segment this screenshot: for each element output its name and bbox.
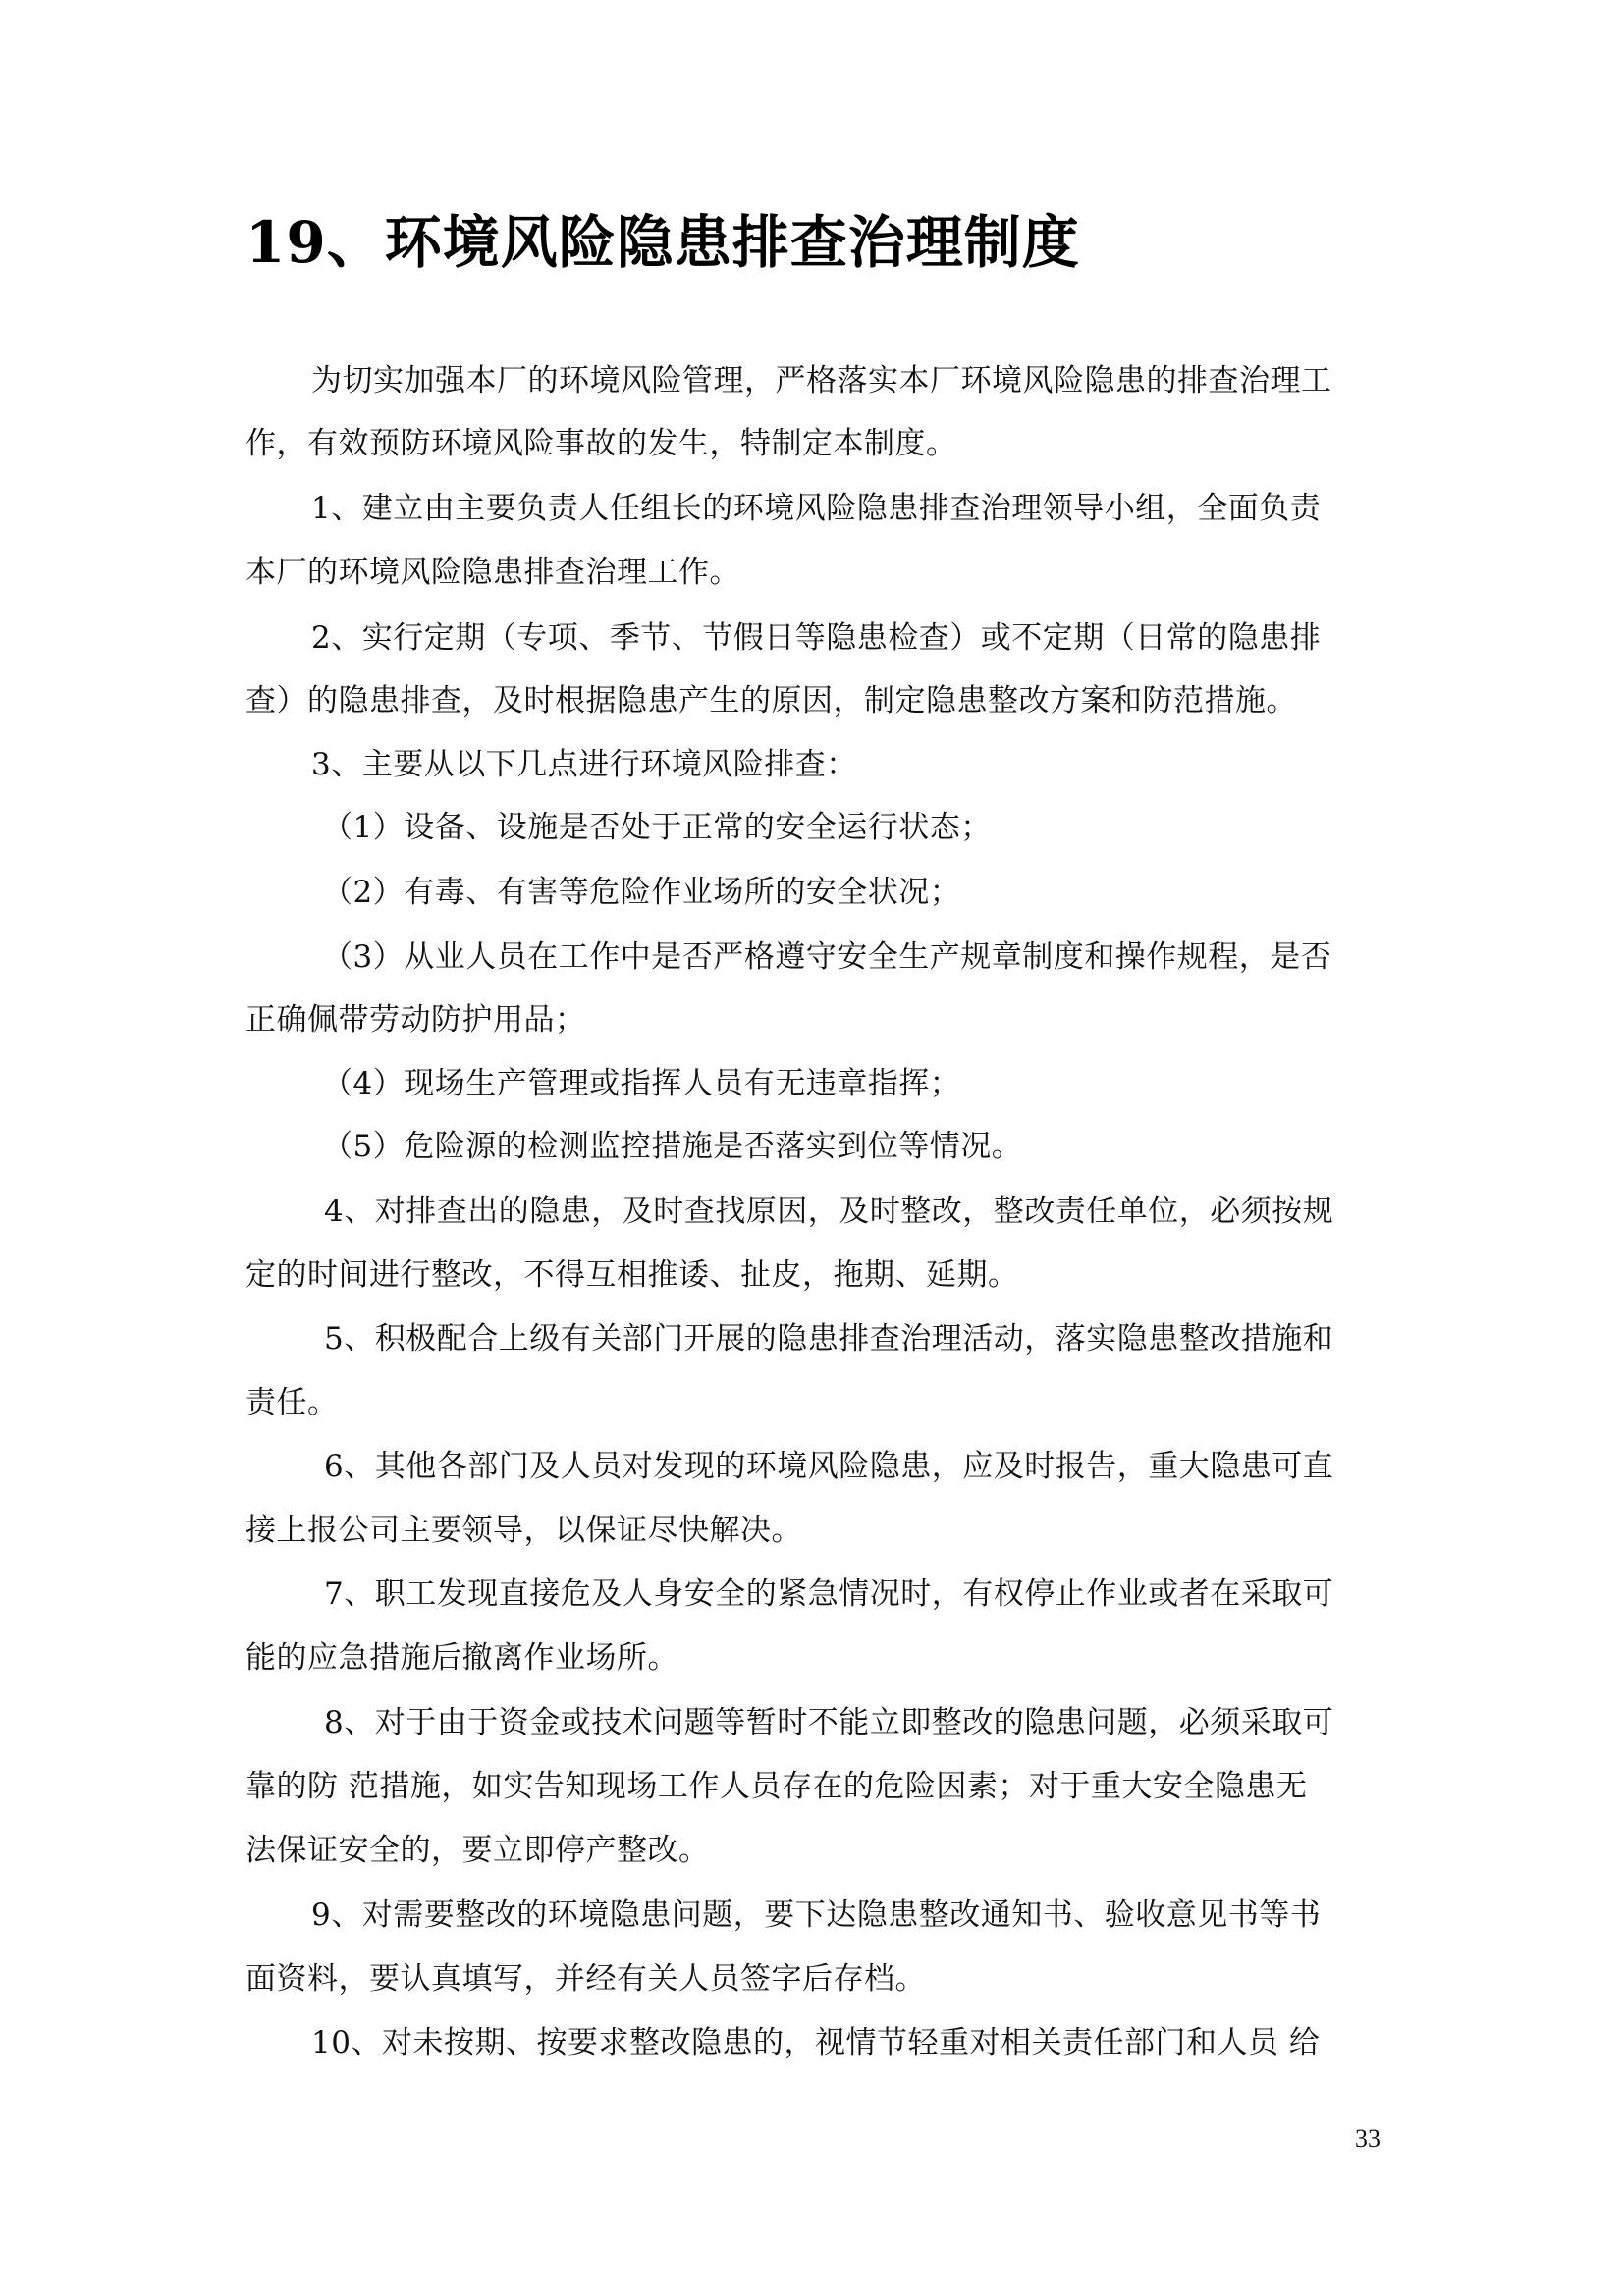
paragraph-line: 7、职工发现直接危及人身安全的紧急情况时，有权停止作业或者在采取可 (324, 1575, 1389, 1614)
paragraph-line: 查）的隐患排查，及时根据隐患产生的原因，制定隐患整改方案和防范措施。 (245, 681, 1389, 721)
paragraph-line: 2、实行定期（专项、季节、节假日等隐患检查）或不定期（日常的隐患排 (311, 618, 1389, 658)
list-item: （5）危险源的检测监控措施是否落实到位等情况。 (322, 1127, 1389, 1166)
paragraph-line: 6、其他各部门及人员对发现的环境风险隐患，应及时报告，重大隐患可直 (324, 1447, 1389, 1486)
paragraph-line: 5、积极配合上级有关部门开展的隐患排查治理活动，落实隐患整改措施和 (324, 1319, 1389, 1359)
paragraph-line: 为切实加强本厂的环境风险管理，严格落实本厂环境风险隐患的排查治理工 (311, 361, 1389, 400)
document-page: 19、环境风险隐患排查治理制度 为切实加强本厂的环境风险管理，严格落实本厂环境风… (0, 0, 1624, 2296)
paragraph-line: 8、对于由于资金或技术问题等暂时不能立即整改的隐患问题，必须采取可 (324, 1703, 1389, 1742)
paragraph-line: 接上报公司主要领导，以保证尽快解决。 (245, 1511, 1389, 1550)
paragraph-line: 本厂的环境风险隐患排查治理工作。 (245, 553, 1389, 592)
paragraph-line: 1、建立由主要负责人任组长的环境风险隐患排查治理领导小组，全面负责 (311, 489, 1389, 528)
paragraph-line: 9、对需要整改的环境隐患问题，要下达隐患整改通知书、验收意见书等书 (311, 1896, 1389, 1935)
list-item: （2）有毒、有害等危险作业场所的安全状况； (322, 873, 1389, 912)
paragraph-line: 面资料，要认真填写，并经有关人员签字后存档。 (245, 1959, 1389, 1999)
paragraph-line: 靠的防 范措施，如实告知现场工作人员存在的危险因素；对于重大安全隐患无 (245, 1767, 1389, 1806)
list-item: （3）从业人员在工作中是否严格遵守安全生产规章制度和操作规程，是否 (322, 937, 1389, 977)
paragraph-line: 3、主要从以下几点进行环境风险排查： (311, 745, 1389, 784)
page-number: 33 (1355, 2122, 1380, 2156)
list-item: （4）现场生产管理或指挥人员有无违章指挥； (322, 1064, 1389, 1103)
list-item: （1）设备、设施是否处于正常的安全运行状态； (322, 808, 1389, 847)
paragraph-line: 10、对未按期、按要求整改隐患的，视情节轻重对相关责任部门和人员 给 (311, 2023, 1389, 2062)
paragraph-line: 能的应急措施后撤离作业场所。 (245, 1638, 1389, 1678)
paragraph-line: 定的时间进行整改，不得互相推诿、扯皮，拖期、延期。 (245, 1255, 1389, 1295)
list-item: 正确佩带劳动防护用品； (245, 1000, 1389, 1040)
paragraph-line: 4、对排查出的隐患，及时查找原因，及时整改，整改责任单位，必须按规 (324, 1192, 1389, 1231)
paragraph-line: 责任。 (245, 1383, 1389, 1422)
page-title: 19、环境风险隐患排查治理制度 (245, 208, 1404, 277)
paragraph-line: 法保证安全的，要立即停产整改。 (245, 1831, 1389, 1870)
paragraph-line: 作，有效预防环境风险事故的发生，特制定本制度。 (245, 424, 1389, 463)
